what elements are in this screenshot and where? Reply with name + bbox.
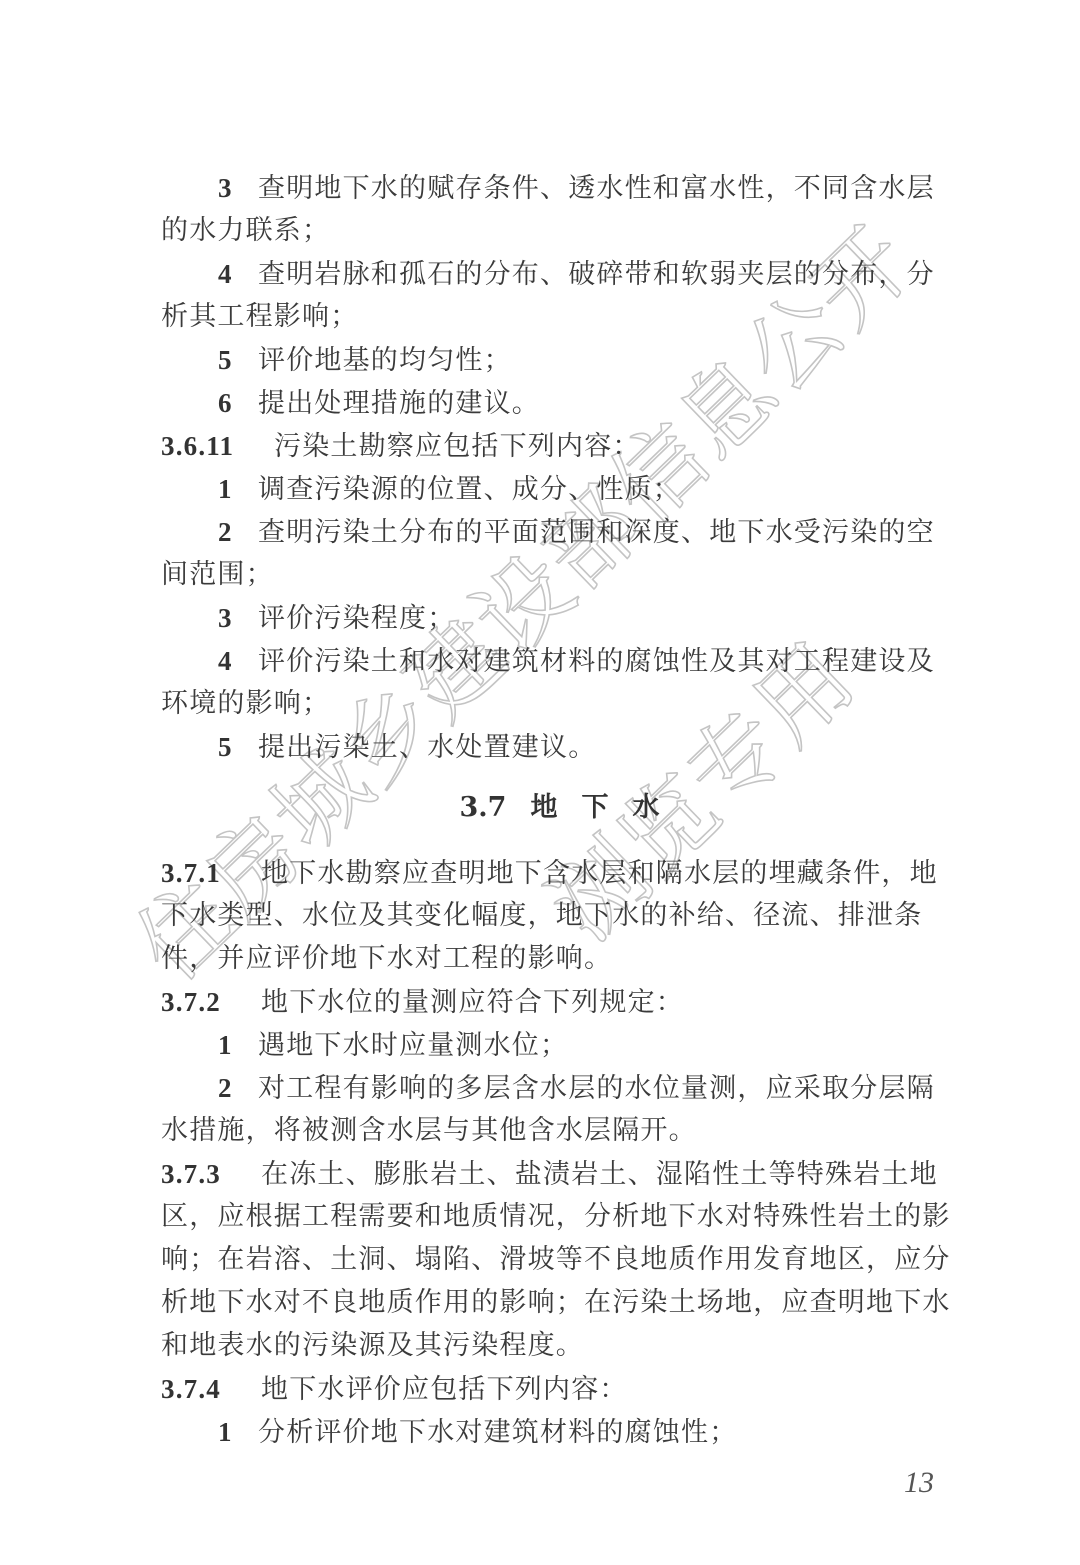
list-item: 3查明地下水的赋存条件、透水性和富水性，不同含水层 [218,168,935,209]
continuation-line: 下水类型、水位及其变化幅度，地下水的补给、径流、排泄条 [161,896,922,936]
list-item: 2查明污染土分布的平面范围和深度、地下水受污染的空 [218,512,935,553]
continuation-line: 响；在岩溶、土洞、塌陷、滑坡等不良地质作用发育地区，应分 [161,1240,951,1280]
clause-line: 3.7.3在冻土、膨胀岩土、盐渍岩土、湿陷性土等特殊岩土地 [161,1154,938,1195]
clause-number: 3.7.1 [161,853,261,893]
clause-number: 3.7.4 [161,1369,261,1409]
clause-number: 3.7.3 [161,1154,261,1194]
list-item: 5提出污染土、水处置建议。 [218,727,596,768]
continuation-line: 析地下水对不良地质作用的影响；在污染土场地，应查明地下水 [161,1283,951,1323]
list-item: 3评价污染程度； [218,598,455,639]
clause-line: 3.7.2地下水位的量测应符合下列规定： [161,982,684,1023]
clause-line: 3.7.1地下水勘察应查明地下含水层和隔水层的埋藏条件，地 [161,853,938,894]
continuation-line: 水措施，将被测含水层与其他含水层隔开。 [161,1111,697,1151]
clause-line: 3.6.11污染土勘察应包括下列内容： [161,426,641,467]
clause-line: 3.7.4地下水评价应包括下列内容： [161,1369,628,1410]
continuation-line: 区，应根据工程需要和地质情况，分析地下水对特殊性岩土的影 [161,1197,951,1237]
list-item: 5评价地基的均匀性； [218,340,512,381]
list-item: 1分析评价地下水对建筑材料的腐蚀性； [218,1412,737,1453]
continuation-line: 间范围； [161,555,274,595]
continuation-line: 件，并应评价地下水对工程的影响。 [161,939,612,979]
list-item: 1遇地下水时应量测水位； [218,1025,568,1066]
continuation-line: 的水力联系； [161,211,330,251]
list-item: 4评价污染土和水对建筑材料的腐蚀性及其对工程建设及 [218,641,935,682]
continuation-line: 环境的影响； [161,684,330,724]
continuation-line: 和地表水的污染源及其污染程度。 [161,1326,584,1366]
list-item: 4查明岩脉和孤石的分布、破碎带和软弱夹层的分布，分 [218,254,935,295]
clause-number: 3.6.11 [161,426,274,466]
list-item: 6提出处理措施的建议。 [218,383,540,424]
document-page: 住房城乡建设部信息公开 浏览专用 3查明地下水的赋存条件、透水性和富水性，不同含… [0,0,1080,1565]
clause-number: 3.7.2 [161,982,261,1022]
section-heading: 3.7地下水 [161,788,958,828]
page-number: 13 [904,1466,934,1500]
continuation-line: 析其工程影响； [161,297,358,337]
section-number: 3.7 [460,792,507,823]
list-item: 2对工程有影响的多层含水层的水位量测，应采取分层隔 [218,1068,935,1109]
list-item: 1调查污染源的位置、成分、性质； [218,469,681,510]
